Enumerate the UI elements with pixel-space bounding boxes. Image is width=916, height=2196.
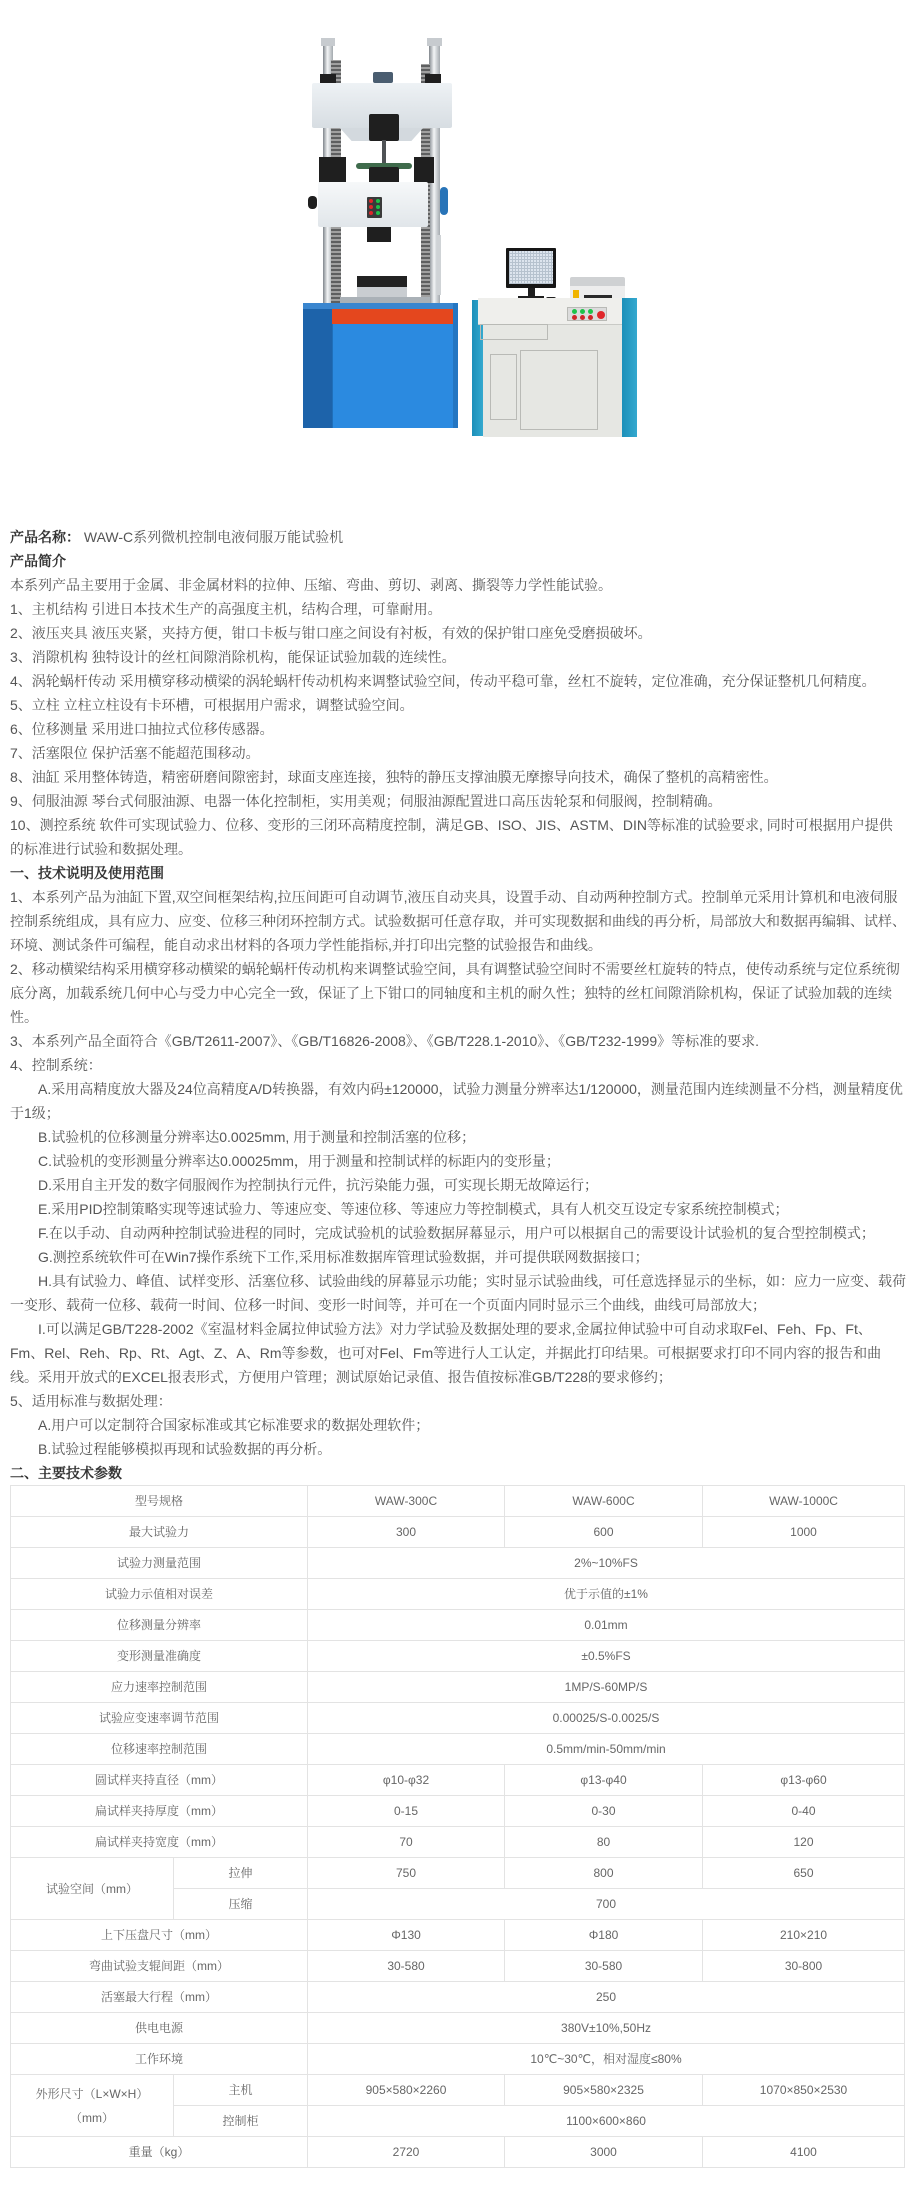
piston	[367, 227, 391, 242]
row-label: 试验应变速率调节范围	[11, 1703, 308, 1734]
upper-grip	[369, 114, 399, 141]
table-row: 重量（kg） 2720 3000 4100	[11, 2137, 905, 2168]
handwheel-knob	[308, 196, 317, 209]
cell: 380V±10%,50Hz	[308, 2013, 905, 2044]
row-label: 变形测量准确度	[11, 1641, 308, 1672]
feature-item: 2、液压夹具 液压夹紧，夹持方便，钳口卡板与钳口座之间设有衬板，有效的保护钳口座…	[10, 621, 906, 645]
cell: 650	[703, 1858, 905, 1889]
cell: 250	[308, 1982, 905, 2013]
base-front-panel	[332, 324, 454, 428]
standards-item: B.试验过程能够模拟再现和试验数据的再分析。	[10, 1437, 906, 1461]
cell: 1000	[703, 1517, 905, 1548]
sub-label: 主机	[174, 2075, 308, 2106]
sub-label: 压缩	[174, 1889, 308, 1920]
row-label: 应力速率控制范围	[11, 1672, 308, 1703]
control-item: A.采用高精度放大器及24位高精度A/D转换器，有效内码±120000，试验力测…	[10, 1077, 906, 1125]
table-row: 最大试验力 300 600 1000	[11, 1517, 905, 1548]
cell: 0.01mm	[308, 1610, 905, 1641]
cell: 0.5mm/min-50mm/min	[308, 1734, 905, 1765]
cabinet-right-side	[622, 298, 637, 437]
cell: 210×210	[703, 1920, 905, 1951]
cell: 905×580×2325	[505, 2075, 703, 2106]
cell: φ10-φ32	[308, 1765, 505, 1796]
row-label: 试验空间（mm）	[11, 1858, 174, 1920]
cell: 120	[703, 1827, 905, 1858]
cell: 1100×600×860	[308, 2106, 905, 2137]
feature-item: 6、位移测量 采用进口抽拉式位移传感器。	[10, 717, 906, 741]
product-name-value: WAW-C系列微机控制电液伺服万能试验机	[80, 529, 343, 545]
cell: 30-800	[703, 1951, 905, 1982]
control-item: E.采用PID控制策略实现等速试验力、等速应变、等速位移、等速应力等控制模式，具…	[10, 1197, 906, 1221]
displacement-sensor-rod	[437, 235, 441, 295]
left-column-nut	[320, 74, 336, 83]
cell: 30-580	[308, 1951, 505, 1982]
table-row: 试验应变速率调节范围 0.00025/S-0.0025/S	[11, 1703, 905, 1734]
table-row: 活塞最大行程（mm） 250	[11, 1982, 905, 2013]
control-system-title: 4、控制系统：	[10, 1053, 906, 1077]
row-label-line: 外形尺寸（L×W×H）	[36, 2087, 149, 2101]
table-row: 应力速率控制范围 1MP/S-60MP/S	[11, 1672, 905, 1703]
table-row: 外形尺寸（L×W×H） （mm） 主机 905×580×2260 905×580…	[11, 2075, 905, 2106]
control-item: B.试验机的位移测量分辨率达0.0025mm, 用于测量和控制活塞的位移；	[10, 1125, 906, 1149]
cell: 1070×850×2530	[703, 2075, 905, 2106]
grip-control-box	[367, 197, 382, 218]
sub-label: 拉伸	[174, 1858, 308, 1889]
table-row: 供电电源 380V±10%,50Hz	[11, 2013, 905, 2044]
monitor	[506, 248, 556, 288]
product-description: 产品名称： WAW-C系列微机控制电液伺服万能试验机 产品简介 本系列产品主要用…	[0, 525, 906, 2168]
cell: 0-15	[308, 1796, 505, 1827]
control-item: C.试验机的变形测量分辨率达0.00025mm，用于测量和控制试样的标距内的变形…	[10, 1149, 906, 1173]
cabinet-right-door	[520, 350, 598, 430]
cell: 800	[505, 1858, 703, 1889]
cell: 1MP/S-60MP/S	[308, 1672, 905, 1703]
table-row: 试验力示值相对误差 优于示值的±1%	[11, 1579, 905, 1610]
left-column-cap	[321, 38, 335, 46]
section1-heading: 一、技术说明及使用范围	[10, 861, 906, 885]
table-row: 圆试样夹持直径（mm） φ10-φ32 φ13-φ40 φ13-φ60	[11, 1765, 905, 1796]
row-label: 活塞最大行程（mm）	[11, 1982, 308, 2013]
cell: 600	[505, 1517, 703, 1548]
standards-item: A.用户可以定制符合国家标准或其它标准要求的数据处理软件；	[10, 1413, 906, 1437]
cabinet-drawer	[480, 324, 548, 340]
cell: 30-580	[505, 1951, 703, 1982]
row-label: 位移速率控制范围	[11, 1734, 308, 1765]
cell: 0-40	[703, 1796, 905, 1827]
row-label: 圆试样夹持直径（mm）	[11, 1765, 308, 1796]
row-label: 重量（kg）	[11, 2137, 308, 2168]
model-header: WAW-600C	[505, 1486, 703, 1517]
cell: 750	[308, 1858, 505, 1889]
cell: Φ130	[308, 1920, 505, 1951]
cell: 300	[308, 1517, 505, 1548]
control-item: I.可以满足GB/T228-2002《室温材料金属拉伸试验方法》对力学试验及数据…	[10, 1317, 906, 1389]
cell: 0-30	[505, 1796, 703, 1827]
table-row: 试验力测量范围 2%~10%FS	[11, 1548, 905, 1579]
table-row: 试验空间（mm） 拉伸 750 800 650	[11, 1858, 905, 1889]
row-label: 试验力测量范围	[11, 1548, 308, 1579]
table-row: 位移速率控制范围 0.5mm/min-50mm/min	[11, 1734, 905, 1765]
table-header-row: 型号规格 WAW-300C WAW-600C WAW-1000C	[11, 1486, 905, 1517]
table-row: 位移测量分辨率 0.01mm	[11, 1610, 905, 1641]
left-hydraulic-cylinder	[319, 157, 346, 183]
row-label: 扁试样夹持宽度（mm）	[11, 1827, 308, 1858]
spec-table: 型号规格 WAW-300C WAW-600C WAW-1000C 最大试验力 3…	[10, 1485, 905, 2168]
right-column-nut	[425, 74, 441, 83]
row-label: 工作环境	[11, 2044, 308, 2075]
top-cylinder	[373, 72, 393, 83]
cell: φ13-φ60	[703, 1765, 905, 1796]
table-row: 扁试样夹持厚度（mm） 0-15 0-30 0-40	[11, 1796, 905, 1827]
control-item: D.采用自主开发的数字伺服阀作为控制执行元件，抗污染能力强，可实现长期无故障运行…	[10, 1173, 906, 1197]
model-header: WAW-300C	[308, 1486, 505, 1517]
control-item: G.测控系统软件可在Win7操作系统下工作,采用标准数据库管理试验数据，并可提供…	[10, 1245, 906, 1269]
row-label: 位移测量分辨率	[11, 1610, 308, 1641]
product-name-label: 产品名称：	[10, 529, 80, 545]
cell: ±0.5%FS	[308, 1641, 905, 1672]
control-item: F.在以手动、自动两种控制试验进程的同时，完成试验机的试验数据屏幕显示，用户可以…	[10, 1221, 906, 1245]
product-photo	[0, 0, 916, 525]
standards-title: 5、适用标准与数据处理：	[10, 1389, 906, 1413]
cell: 4100	[703, 2137, 905, 2168]
feature-item: 5、立柱 立柱立柱设有卡环槽，可根据用户需求，调整试验空间。	[10, 693, 906, 717]
tech-item: 1、本系列产品为油缸下置,双空间框架结构,拉压间距可自动调节,液压自动夹具，设置…	[10, 885, 906, 957]
feature-item: 8、油缸 采用整体铸造，精密研磨间隙密封，球面支座连接，独特的静压支撑油膜无摩擦…	[10, 765, 906, 789]
tech-item: 3、本系列产品全面符合《GB/T2611-2007》、《GB/T16826-20…	[10, 1029, 906, 1053]
table-row: 变形测量准确度 ±0.5%FS	[11, 1641, 905, 1672]
feature-item: 10、测控系统 软件可实现试验力、位移、变形的三闭环高精度控制，满足GB、ISO…	[10, 813, 906, 861]
row-label: 扁试样夹持厚度（mm）	[11, 1796, 308, 1827]
feature-item: 9、伺服油源 琴台式伺服油源、电器一体化控制柜，实用美观；伺服油源配置进口高压齿…	[10, 789, 906, 813]
right-column-cap	[427, 38, 442, 46]
control-item: H.具有试验力、峰值、试样变形、活塞位移、试验曲线的屏幕显示功能；实时显示试验曲…	[10, 1269, 906, 1317]
summary-heading: 产品简介	[10, 549, 906, 573]
table-row: 工作环境 10℃~30℃，相对湿度≤80%	[11, 2044, 905, 2075]
cell: 0.00025/S-0.0025/S	[308, 1703, 905, 1734]
section2-heading: 二、主要技术参数	[10, 1461, 906, 1485]
tech-item: 2、移动横梁结构采用横穿移动横梁的蜗轮蜗杆传动机构来调整试验空间，具有调整试验空…	[10, 957, 906, 1029]
cabinet-left-door	[490, 354, 517, 420]
cell: 80	[505, 1827, 703, 1858]
cell: 700	[308, 1889, 905, 1920]
monitor-screen	[509, 251, 553, 284]
cell: 优于示值的±1%	[308, 1579, 905, 1610]
base-right-edge	[453, 303, 458, 428]
summary-text: 本系列产品主要用于金属、非金属材料的拉伸、压缩、弯曲、剪切、剥离、撕裂等力学性能…	[10, 573, 906, 597]
cell: φ13-φ40	[505, 1765, 703, 1796]
row-label-line: （mm）	[70, 2111, 114, 2125]
feature-item: 7、活塞限位 保护活塞不能超范围移动。	[10, 741, 906, 765]
sub-label: 控制柜	[174, 2106, 308, 2137]
row-label: 外形尺寸（L×W×H） （mm）	[11, 2075, 174, 2137]
row-label: 试验力示值相对误差	[11, 1579, 308, 1610]
header-label: 型号规格	[11, 1486, 308, 1517]
model-header: WAW-1000C	[703, 1486, 905, 1517]
row-label: 上下压盘尺寸（mm）	[11, 1920, 308, 1951]
table-row: 上下压盘尺寸（mm） Φ130 Φ180 210×210	[11, 1920, 905, 1951]
row-label: 供电电源	[11, 2013, 308, 2044]
product-name-line: 产品名称： WAW-C系列微机控制电液伺服万能试验机	[10, 525, 906, 549]
table-row: 扁试样夹持宽度（mm） 70 80 120	[11, 1827, 905, 1858]
cell: 70	[308, 1827, 505, 1858]
cell: 2720	[308, 2137, 505, 2168]
cell: Φ180	[505, 1920, 703, 1951]
feature-item: 3、消隙机构 独特设计的丝杠间隙消除机构，能保证试验加载的连续性。	[10, 645, 906, 669]
feature-item: 4、涡轮蜗杆传动 采用横穿移动横梁的涡轮蜗杆传动机构来调整试验空间，传动平稳可靠…	[10, 669, 906, 693]
cell: 2%~10%FS	[308, 1548, 905, 1579]
base-orange-stripe	[332, 309, 453, 324]
table-row: 弯曲试验支辊间距（mm） 30-580 30-580 30-800	[11, 1951, 905, 1982]
row-label: 最大试验力	[11, 1517, 308, 1548]
cell: 10℃~30℃，相对湿度≤80%	[308, 2044, 905, 2075]
base-side-panel	[303, 309, 332, 428]
cell: 3000	[505, 2137, 703, 2168]
feature-item: 1、主机结构 引进日本技术生产的高强度主机，结构合理，可靠耐用。	[10, 597, 906, 621]
cabinet-button-panel	[567, 307, 607, 321]
side-disc	[440, 187, 448, 215]
right-hydraulic-cylinder	[414, 157, 434, 183]
row-label: 弯曲试验支辊间距（mm）	[11, 1951, 308, 1982]
cell: 905×580×2260	[308, 2075, 505, 2106]
